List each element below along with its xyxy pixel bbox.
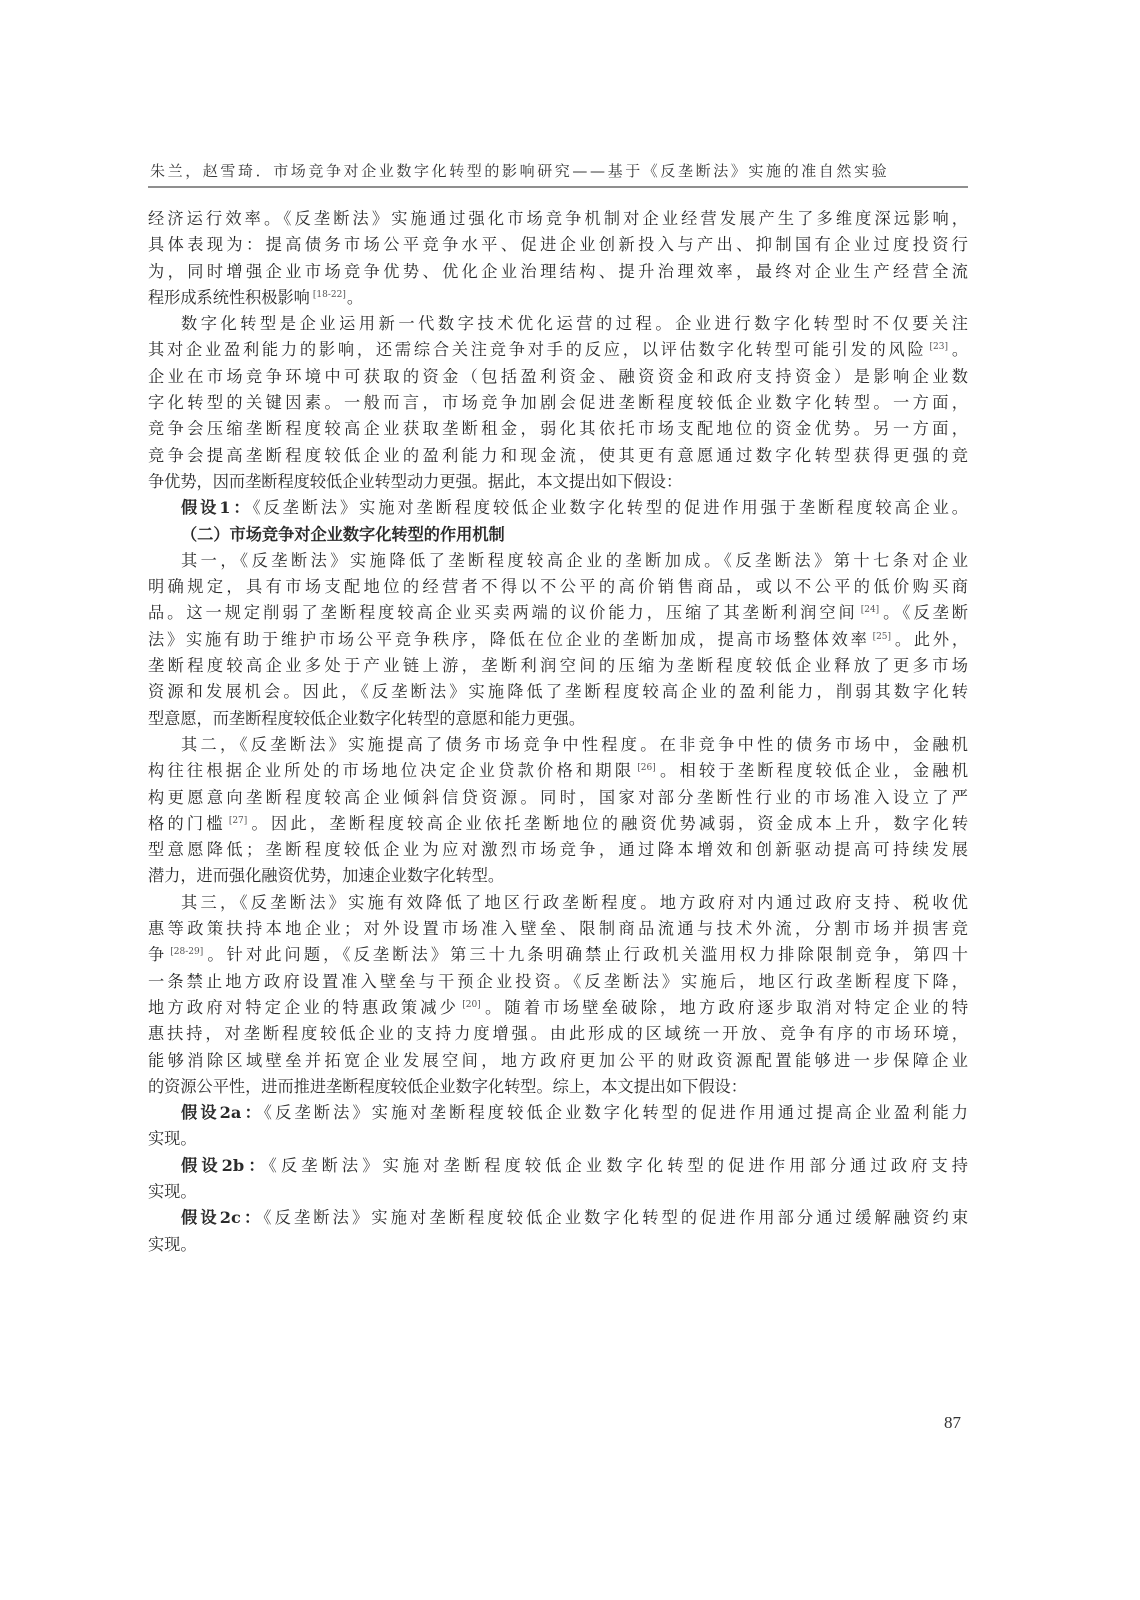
paragraph: 其三，《反垄断法》实施有效降低了地区行政垄断程度。地方政府对内通过政府支持、税收… [148, 890, 968, 1100]
text-line: 实现。 [148, 1232, 968, 1258]
line-text: 。《反垄断 [880, 603, 968, 622]
text-line: 企业在市场竞争环境中可获取的资金（包括盈利资金、融资资金和政府支持资金）是影响企… [148, 364, 968, 390]
citation: [28-29] [170, 947, 203, 957]
text-line: 其对企业盈利能力的影响，还需综合关注竞争对手的反应，以评估数字化转型可能引发的风… [148, 337, 968, 363]
text-line: 争[28-29]。针对此问题，《反垄断法》第三十九条明确禁止行政机关滥用权力排除… [148, 942, 968, 968]
text-line: 潜力，进而强化融资优势，加速企业数字化转型。 [148, 863, 968, 889]
text-line: 数字化转型是企业运用新一代数字技术优化运营的过程。企业进行数字化转型时不仅要关注 [148, 311, 968, 337]
paragraph: 其一，《反垄断法》实施降低了垄断程度较高企业的垄断加成。《反垄断法》第十七条对企… [148, 548, 968, 732]
text-line: 的资源公平性，进而推进垄断程度较低企业数字化转型。综上，本文提出如下假设： [148, 1074, 968, 1100]
text-line: 假设2a：《反垄断法》实施对垄断程度较低企业数字化转型的促进作用通过提高企业盈利… [148, 1100, 968, 1126]
citation: [18-22] [313, 290, 346, 300]
line-text: 。此外， [892, 630, 968, 649]
running-header-title: 朱兰，赵雪琦．市场竞争对企业数字化转型的影响研究——基于《反垄断法》实施的准自然… [150, 160, 968, 181]
text-line: 构更愿意向垄断程度较高企业倾斜信贷资源。同时，国家对部分垄断性行业的市场准入设立… [148, 785, 968, 811]
text-line: 一条禁止地方政府设置准入壁垒与干预企业投资。《反垄断法》实施后，地区行政垄断程度… [148, 969, 968, 995]
line-text: 品。这一规定削弱了垄断程度较高企业买卖两端的议价能力，压缩了其垄断利润空间 [148, 603, 858, 622]
article-body: 经济运行效率。《反垄断法》实施通过强化市场竞争机制对企业经营发展产生了多维度深远… [148, 206, 968, 1258]
line-text: 其对企业盈利能力的影响，还需综合关注竞争对手的反应，以评估数字化转型可能引发的风… [148, 340, 927, 359]
text-line: 其二，《反垄断法》实施提高了债务市场竞争中性程度。在非竞争中性的债务市场中，金融… [148, 732, 968, 758]
citation: [20] [462, 1000, 480, 1010]
line-text: 法》实施有助于维护市场公平竞争秩序，降低在位企业的垄断加成，提高市场整体效率 [148, 630, 870, 649]
line-text: 构往往根据企业所处的市场地位决定企业贷款价格和期限 [148, 761, 634, 780]
text-line: 其三，《反垄断法》实施有效降低了地区行政垄断程度。地方政府对内通过政府支持、税收… [148, 890, 968, 916]
line-text: 程形成系统性积极影响 [148, 288, 310, 307]
page-number: 87 [944, 1413, 961, 1433]
text-line: 假设1：《反垄断法》实施对垄断程度较低企业数字化转型的促进作用强于垄断程度较高企… [148, 495, 968, 521]
hypothesis-label: 假设2c： [181, 1208, 263, 1227]
section-heading: （二）市场竞争对企业数字化转型的作用机制 [148, 522, 968, 548]
hypothesis-label: 假设2b： [181, 1156, 269, 1175]
text-line: 型意愿降低；垄断程度较低企业为应对激烈市场竞争，通过降本增效和创新驱动提高可持续… [148, 837, 968, 863]
line-text: 。随着市场壁垒破除，地方政府逐步取消对特定企业的特 [482, 998, 968, 1017]
line-text: 。相较于垄断程度较低企业，金融机 [657, 761, 968, 780]
text-line: 其一，《反垄断法》实施降低了垄断程度较高企业的垄断加成。《反垄断法》第十七条对企… [148, 548, 968, 574]
line-text: 。 [949, 340, 968, 359]
text-line: 垄断程度较高企业多处于产业链上游，垄断利润空间的压缩为垄断程度较低企业释放了更多… [148, 653, 968, 679]
hypothesis-1: 假设1：《反垄断法》实施对垄断程度较低企业数字化转型的促进作用强于垄断程度较高企… [148, 495, 968, 521]
text-line: 字化转型的关键因素。一般而言，市场竞争加剧会促进垄断程度较低企业数字化转型。一方… [148, 390, 968, 416]
line-text: 。 [347, 288, 363, 307]
line-text: 。因此，垄断程度较高企业依托垄断地位的融资优势减弱，资金成本上升，数字化转 [248, 814, 968, 833]
text-line: 资源和发展机会。因此，《反垄断法》实施降低了垄断程度较高企业的盈利能力，削弱其数… [148, 679, 968, 705]
text-line: 能够消除区域壁垒并拓宽企业发展空间，地方政府更加公平的财政资源配置能够进一步保障… [148, 1048, 968, 1074]
text-line: 具体表现为：提高债务市场公平竞争水平、促进企业创新投入与产出、抑制国有企业过度投… [148, 232, 968, 258]
citation: [25] [873, 632, 891, 642]
line-text: 争 [148, 945, 167, 964]
text-line: 明确规定，具有市场支配地位的经营者不得以不公平的高价销售商品，或以不公平的低价购… [148, 574, 968, 600]
text-line: 法》实施有助于维护市场公平竞争秩序，降低在位企业的垄断加成，提高市场整体效率[2… [148, 627, 968, 653]
citation: [23] [930, 342, 948, 352]
paragraph: 数字化转型是企业运用新一代数字技术优化运营的过程。企业进行数字化转型时不仅要关注… [148, 311, 968, 495]
text-line: 地方政府对特定企业的特惠政策减少[20]。随着市场壁垒破除，地方政府逐步取消对特… [148, 995, 968, 1021]
text-line: 竞争会压缩垄断程度较高企业获取垄断租金，弱化其依托市场支配地位的资金优势。另一方… [148, 416, 968, 442]
text-line: 实现。 [148, 1126, 968, 1152]
text-line: 惠扶持，对垄断程度较低企业的支持力度增强。由此形成的区域统一开放、竞争有序的市场… [148, 1021, 968, 1047]
text-line: 经济运行效率。《反垄断法》实施通过强化市场竞争机制对企业经营发展产生了多维度深远… [148, 206, 968, 232]
text-line: 实现。 [148, 1179, 968, 1205]
text-line: 争优势，因而垄断程度较低企业转型动力更强。据此，本文提出如下假设： [148, 469, 968, 495]
text-line: 程形成系统性积极影响[18-22]。 [148, 285, 968, 311]
hypothesis-2c: 假设2c：《反垄断法》实施对垄断程度较低企业数字化转型的促进作用部分通过缓解融资… [148, 1205, 968, 1258]
text-line: 为，同时增强企业市场竞争优势、优化企业治理结构、提升治理效率，最终对企业生产经营… [148, 259, 968, 285]
text-line: 竞争会提高垄断程度较低企业的盈利能力和现金流，使其更有意愿通过数字化转型获得更强… [148, 443, 968, 469]
text-line: 构往往根据企业所处的市场地位决定企业贷款价格和期限[26]。相较于垄断程度较低企… [148, 758, 968, 784]
line-text: 《反垄断法》实施对垄断程度较低企业数字化转型的促进作用通过提高企业盈利能力 [264, 1103, 968, 1122]
citation: [24] [861, 605, 879, 615]
text-line: 格的门槛[27]。因此，垄断程度较高企业依托垄断地位的融资优势减弱，资金成本上升… [148, 811, 968, 837]
line-text: 《反垄断法》实施对垄断程度较低企业数字化转型的促进作用部分通过缓解融资约束 [263, 1208, 968, 1227]
hypothesis-label: 假设1： [181, 498, 253, 517]
line-text: 。针对此问题，《反垄断法》第三十九条明确禁止行政机关滥用权力排除限制竞争，第四十 [204, 945, 968, 964]
text-line: 假设2c：《反垄断法》实施对垄断程度较低企业数字化转型的促进作用部分通过缓解融资… [148, 1205, 968, 1231]
citation: [27] [229, 816, 247, 826]
paragraph: 经济运行效率。《反垄断法》实施通过强化市场竞争机制对企业经营发展产生了多维度深远… [148, 206, 968, 311]
hypothesis-2a: 假设2a：《反垄断法》实施对垄断程度较低企业数字化转型的促进作用通过提高企业盈利… [148, 1100, 968, 1153]
hypothesis-label: 假设2a： [181, 1103, 264, 1122]
text-line: 惠等政策扶持本地企业；对外设置市场准入壁垒、限制商品流通与技术外流，分割市场并损… [148, 916, 968, 942]
citation: [26] [637, 763, 655, 773]
text-line: 假设2b：《反垄断法》实施对垄断程度较低企业数字化转型的促进作用部分通过政府支持 [148, 1153, 968, 1179]
text-line: 品。这一规定削弱了垄断程度较高企业买卖两端的议价能力，压缩了其垄断利润空间[24… [148, 600, 968, 626]
line-text: 格的门槛 [148, 814, 226, 833]
line-text: 地方政府对特定企业的特惠政策减少 [148, 998, 459, 1017]
hypothesis-2b: 假设2b：《反垄断法》实施对垄断程度较低企业数字化转型的促进作用部分通过政府支持… [148, 1153, 968, 1206]
line-text: 《反垄断法》实施对垄断程度较低企业数字化转型的促进作用部分通过政府支持 [269, 1156, 968, 1175]
line-text: 《反垄断法》实施对垄断程度较低企业数字化转型的促进作用强于垄断程度较高企业。 [253, 498, 968, 517]
paragraph: 其二，《反垄断法》实施提高了债务市场竞争中性程度。在非竞争中性的债务市场中，金融… [148, 732, 968, 890]
text-line: 型意愿，而垄断程度较低企业数字化转型的意愿和能力更强。 [148, 706, 968, 732]
header-rule [148, 186, 968, 188]
